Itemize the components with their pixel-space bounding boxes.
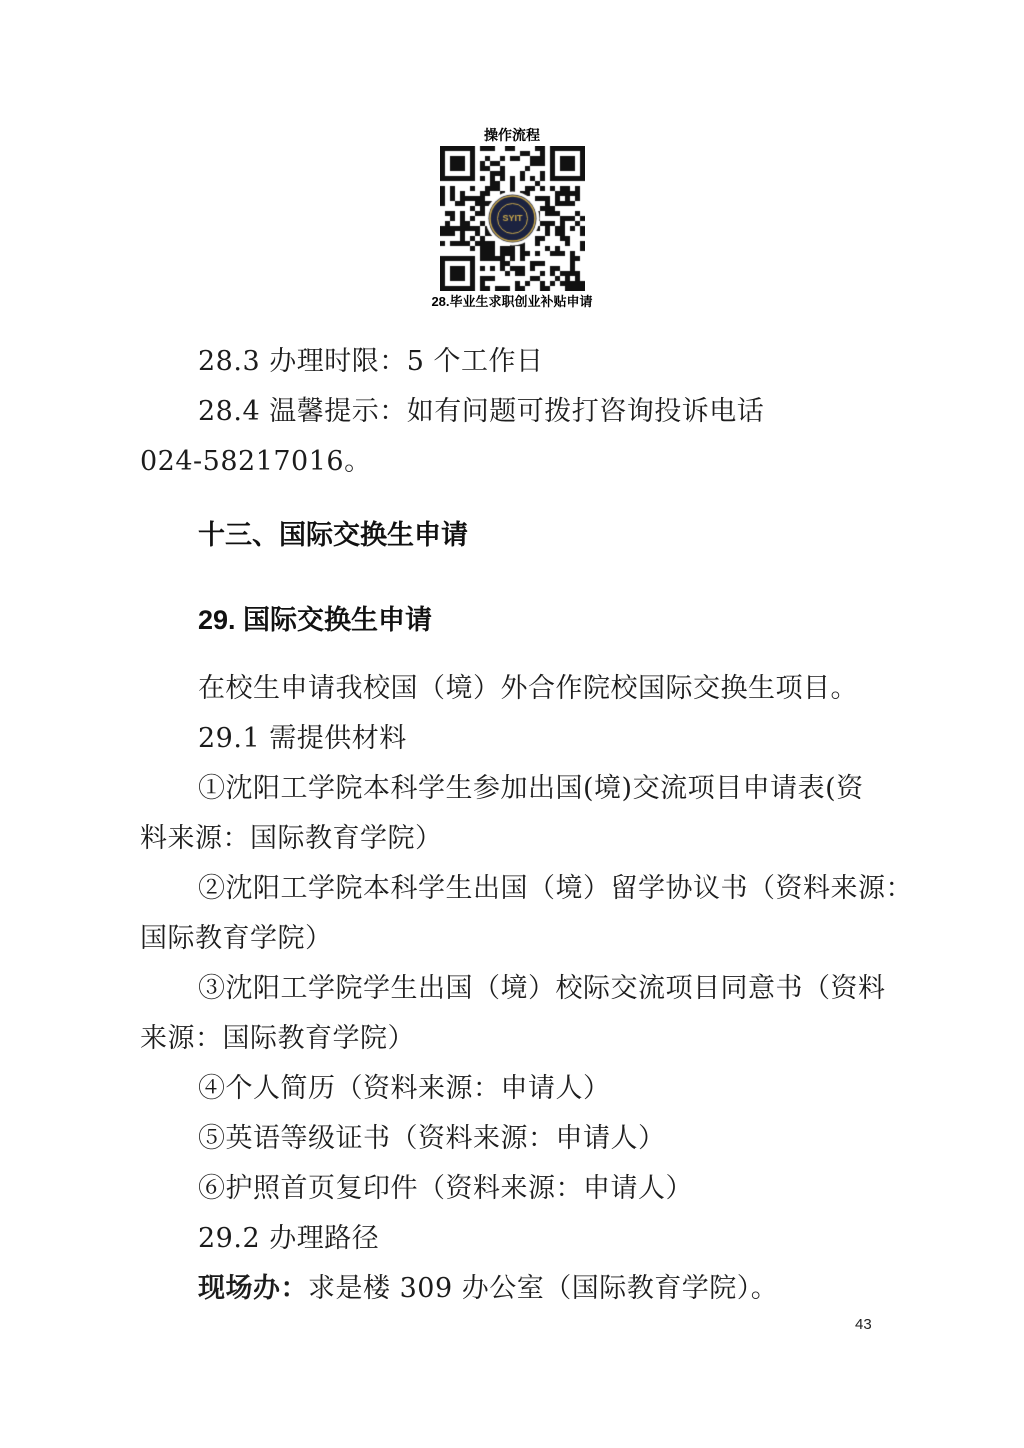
material-item-4: ④个人简历（资料来源：申请人） bbox=[140, 1064, 884, 1114]
paragraph-onsite: 现场办：求是楼 309 办公室（国际教育学院）。 bbox=[140, 1264, 884, 1314]
material-item-6: ⑥护照首页复印件（资料来源：申请人） bbox=[140, 1164, 884, 1214]
document-page: 操作流程 28.毕业生求职创业补贴申请 28.3 办理时限：5 个工作日 28.… bbox=[0, 0, 1024, 1448]
onsite-text: 求是楼 309 办公室（国际教育学院）。 bbox=[308, 1273, 778, 1304]
onsite-label: 现场办： bbox=[198, 1273, 308, 1304]
material-item-5: ⑤英语等级证书（资料来源：申请人） bbox=[140, 1114, 884, 1164]
paragraph-phone-number: 024-58217016。 bbox=[140, 437, 884, 487]
paragraph-28-3: 28.3 办理时限：5 个工作日 bbox=[140, 337, 884, 387]
paragraph-intro: 在校生申请我校国（境）外合作院校国际交换生项目。 bbox=[140, 664, 884, 714]
qr-bottom-caption: 28.毕业生求职创业补贴申请 bbox=[0, 293, 1024, 311]
qr-section: 操作流程 28.毕业生求职创业补贴申请 bbox=[0, 126, 1024, 311]
page-number: 43 bbox=[855, 1316, 872, 1333]
paragraph-29-1: 29.1 需提供材料 bbox=[140, 714, 884, 764]
qr-code bbox=[440, 146, 585, 291]
qr-top-caption: 操作流程 bbox=[0, 126, 1024, 144]
material-item-3-line-2: 来源：国际教育学院） bbox=[140, 1014, 884, 1064]
document-body: 28.3 办理时限：5 个工作日 28.4 温馨提示：如有问题可拨打咨询投诉电话… bbox=[140, 337, 884, 1314]
section-heading-29: 29. 国际交换生申请 bbox=[140, 595, 884, 645]
paragraph-29-2: 29.2 办理路径 bbox=[140, 1214, 884, 1264]
material-item-1-line-2: 料来源：国际教育学院） bbox=[140, 814, 884, 864]
material-item-2-line-2: 国际教育学院） bbox=[140, 914, 884, 964]
paragraph-28-4: 28.4 温馨提示：如有问题可拨打咨询投诉电话 bbox=[140, 387, 884, 437]
material-item-3-line-1: ③沈阳工学院学生出国（境）校际交流项目同意书（资料 bbox=[140, 964, 884, 1014]
material-item-2-line-1: ②沈阳工学院本科学生出国（境）留学协议书（资料来源： bbox=[140, 864, 884, 914]
chapter-heading-13: 十三、国际交换生申请 bbox=[140, 510, 884, 560]
material-item-1-line-1: ①沈阳工学院本科学生参加出国(境)交流项目申请表(资 bbox=[140, 764, 884, 814]
